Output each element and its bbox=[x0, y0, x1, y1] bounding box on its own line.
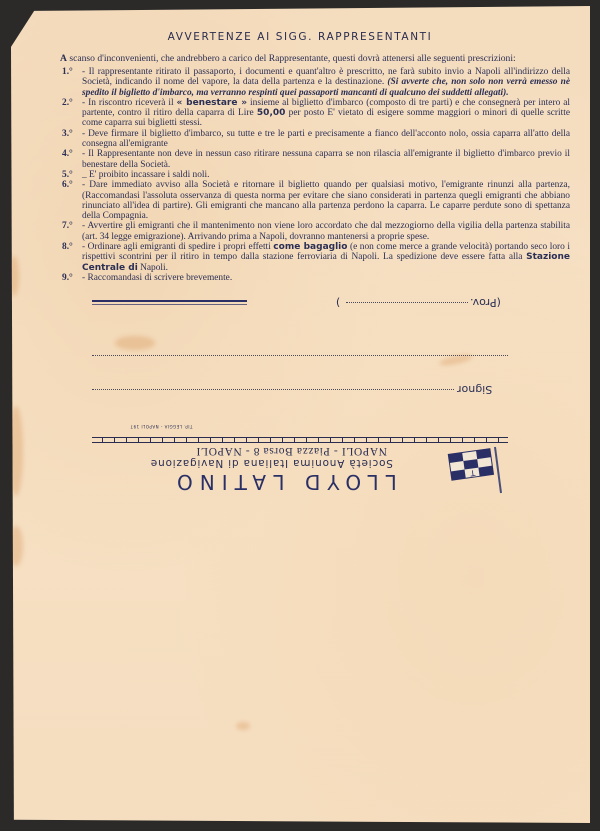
rule-text: _ E' proibito incassare i saldi noli. bbox=[82, 170, 570, 180]
paper-stain bbox=[115, 336, 155, 350]
deposit-amount: 50,00 bbox=[257, 108, 285, 118]
rule-item-1: 1.° - Il rappresentante ritirato il pass… bbox=[62, 67, 570, 98]
paper-stain bbox=[9, 526, 23, 566]
rule-text: - In riscontro riceverà il « benestare »… bbox=[82, 98, 570, 129]
rule-body: - In riscontro riceverà il bbox=[82, 98, 174, 108]
paper-stain bbox=[236, 722, 250, 730]
rule-item-8: 8.° - Ordinare agli emigranti di spedire… bbox=[62, 242, 570, 273]
rule-item-7: 7.° - Avvertire gli emigranti che il man… bbox=[62, 221, 570, 242]
rule-text: - Raccomandasi di scrivere brevemente. bbox=[82, 273, 570, 283]
intro-body: scanso d'inconvenienti, che andrebbero a… bbox=[69, 53, 515, 64]
rule-text: - Il Rappresentante non deve in nessun c… bbox=[82, 149, 570, 170]
benestare-highlight: « benestare » bbox=[177, 98, 248, 108]
intro-initial: A bbox=[60, 53, 67, 64]
rule-number: 9.° bbox=[62, 273, 82, 283]
rule-item-2: 2.° - In riscontro riceverà il « benesta… bbox=[62, 98, 570, 129]
rule-number: 2.° bbox=[62, 98, 82, 129]
rule-body: Napoli. bbox=[140, 263, 168, 273]
rule-number: 6.° bbox=[62, 180, 82, 221]
rule-item-6: 6.° - Dare immediato avviso alla Società… bbox=[62, 180, 570, 221]
rule-item-4: 4.° - Il Rappresentante non deve in ness… bbox=[62, 149, 570, 170]
rule-number: 1.° bbox=[62, 67, 82, 98]
rule-text: - Dare immediato avviso alla Società e r… bbox=[82, 180, 570, 221]
rule-number: 5.° bbox=[62, 170, 82, 180]
bagaglio-highlight: come bagaglio bbox=[273, 242, 347, 252]
paper-stain bbox=[9, 256, 19, 296]
paper-stain bbox=[9, 406, 23, 496]
rule-number: 8.° bbox=[62, 242, 82, 273]
rule-number: 3.° bbox=[62, 129, 82, 150]
rule-text: - Avvertire gli emigranti che il manteni… bbox=[82, 221, 570, 242]
rule-item-9: 9.° - Raccomandasi di scrivere brevement… bbox=[62, 273, 570, 283]
rule-body: - Ordinare agli emigranti di spedire i p… bbox=[82, 242, 271, 252]
paper-stain bbox=[439, 353, 474, 368]
document-heading: AVVERTENZE AI SIGG. RAPPRESENTANTI bbox=[0, 31, 600, 43]
rule-text: - Ordinare agli emigranti di spedire i p… bbox=[82, 242, 570, 273]
rule-item-5: 5.° _ E' proibito incassare i saldi noli… bbox=[62, 170, 570, 180]
intro-text: A scanso d'inconvenienti, che andrebbero… bbox=[60, 53, 570, 64]
rule-text: - Il rappresentante ritirato il passapor… bbox=[82, 67, 570, 98]
rules-list: 1.° - Il rappresentante ritirato il pass… bbox=[62, 67, 570, 283]
rule-number: 7.° bbox=[62, 221, 82, 242]
rule-text: - Deve firmare il biglietto d'imbarco, s… bbox=[82, 129, 570, 150]
rule-item-3: 3.° - Deve firmare il biglietto d'imbarc… bbox=[62, 129, 570, 150]
rule-number: 4.° bbox=[62, 149, 82, 170]
